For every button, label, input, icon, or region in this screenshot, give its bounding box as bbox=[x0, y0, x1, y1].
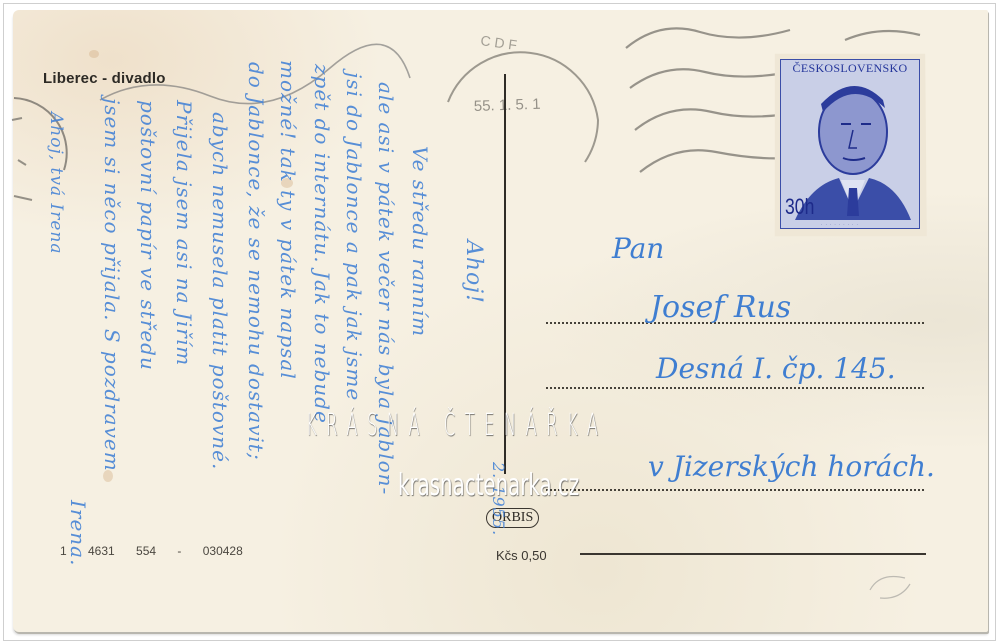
postmark-date: 55. 1. 5. 1 bbox=[474, 96, 541, 115]
postage-stamp: ČESKOSLOVENSKO 30h · · · · · · · · · bbox=[770, 50, 930, 240]
message-margin-note: Ahoj, tvá Irena bbox=[46, 112, 66, 255]
stamp-design: ČESKOSLOVENSKO 30h · · · · · · · · · bbox=[780, 59, 920, 229]
address-line bbox=[546, 387, 924, 389]
address-line-4: v Jizerských horách. bbox=[648, 450, 935, 483]
watermark-url: krasnactenarka.cz bbox=[398, 468, 579, 503]
address-line-2: Josef Rus bbox=[650, 290, 791, 325]
stamp-engraver: · · · · · · · · · bbox=[821, 222, 859, 227]
stamp-value: 30h bbox=[785, 194, 814, 220]
message-line: Přijela jsem asi na Jiřím bbox=[172, 100, 196, 366]
svg-text:C D F: C D F bbox=[480, 32, 518, 53]
message-line: abych nemusela platit poštovné. bbox=[208, 112, 232, 470]
message-line: jsem si něco přijala. S pozdravem bbox=[100, 98, 124, 472]
message-line: zpět do internátu. Jak to nebude bbox=[310, 64, 334, 424]
message-line: možné! tak ty v pátek napsal bbox=[276, 60, 300, 380]
address-line-solid bbox=[580, 553, 926, 555]
message-signature: Irena. bbox=[66, 500, 90, 566]
postcard-caption: Liberec - divadlo bbox=[43, 70, 166, 87]
message-line: do Jablonce, že se nemohu dostavit; bbox=[244, 62, 268, 461]
address-line-3: Desná I. čp. 145. bbox=[656, 352, 896, 385]
message-line: jsi do Jablonce a pak jak jsme bbox=[342, 72, 366, 401]
message-line: Ve středu ranním bbox=[408, 146, 432, 337]
message-line: poštovní papír ve středu bbox=[136, 100, 160, 371]
watermark-title: KRÁSNÁ ČTENÁŘKA bbox=[306, 408, 607, 443]
address-line-1: Pan bbox=[612, 232, 664, 265]
message-greeting: Ahoj! bbox=[461, 240, 486, 304]
price: Kčs 0,50 bbox=[496, 548, 547, 563]
address-line bbox=[546, 489, 924, 491]
